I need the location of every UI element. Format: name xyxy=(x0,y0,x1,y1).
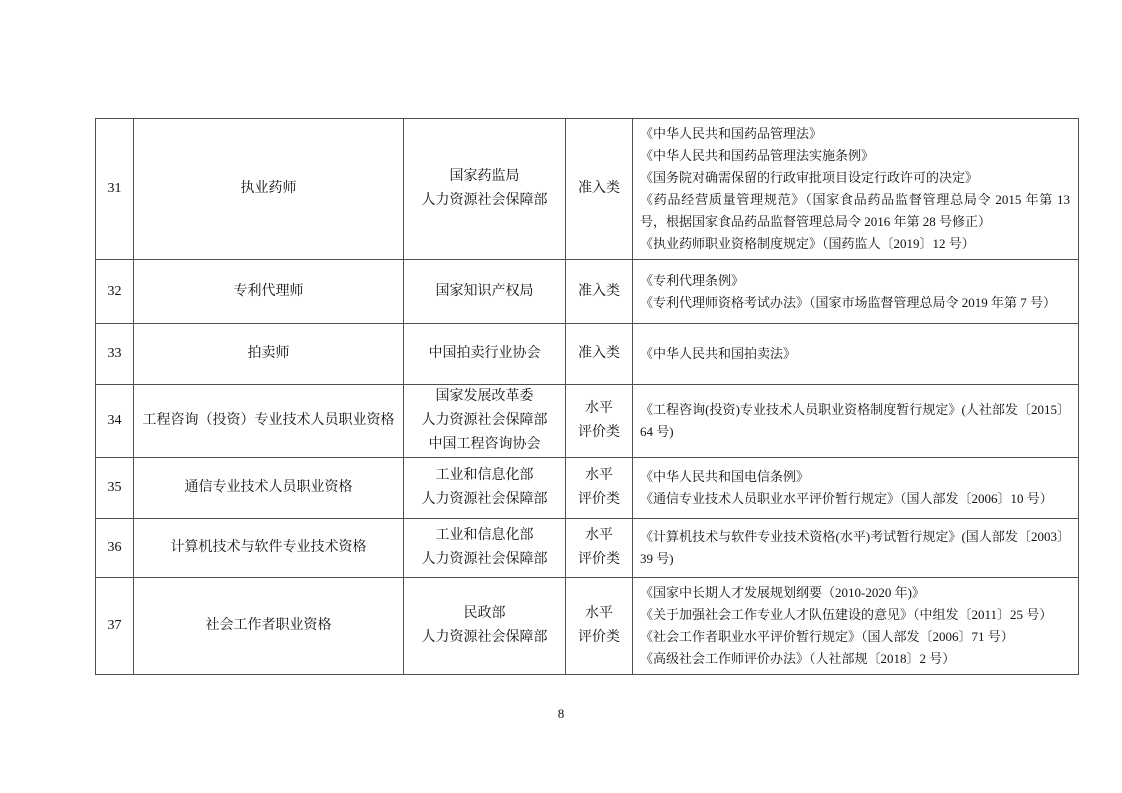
basis-line: 《中华人民共和国拍卖法》 xyxy=(640,343,1070,365)
basis-line: 《中华人民共和国药品管理法实施条例》 xyxy=(640,145,1070,167)
table-row: 34 工程咨询（投资）专业技术人员职业资格 国家发展改革委人力资源社会保障部中国… xyxy=(96,385,1079,458)
row-dept-cell: 民政部人力资源社会保障部 xyxy=(404,578,566,675)
row-basis-cell: 《中华人民共和国电信条例》《通信专业技术人员职业水平评价暂行规定》（国人部发〔2… xyxy=(633,458,1079,519)
row-category-cell: 水平评价类 xyxy=(566,578,633,675)
row-dept-cell: 工业和信息化部人力资源社会保障部 xyxy=(404,519,566,578)
category-line: 评价类 xyxy=(566,488,632,512)
basis-line: 《专利代理条例》 xyxy=(640,270,1070,292)
table-row: 31 执业药师 国家药监局人力资源社会保障部 准入类 《中华人民共和国药品管理法… xyxy=(96,119,1079,260)
qualification-name: 工程咨询（投资）专业技术人员职业资格 xyxy=(134,410,403,432)
document-page: 31 执业药师 国家药监局人力资源社会保障部 准入类 《中华人民共和国药品管理法… xyxy=(0,0,1122,793)
page-number: 8 xyxy=(0,706,1122,722)
qualification-name: 专利代理师 xyxy=(134,281,403,303)
table-row: 33 拍卖师 中国拍卖行业协会 准入类 《中华人民共和国拍卖法》 xyxy=(96,324,1079,385)
category-line: 水平 xyxy=(566,397,632,421)
row-seq-cell: 34 xyxy=(96,385,134,458)
basis-line: 《通信专业技术人员职业水平评价暂行规定》（国人部发〔2006〕10 号） xyxy=(640,488,1070,510)
qualification-name: 计算机技术与软件专业技术资格 xyxy=(134,537,403,559)
department-line: 工业和信息化部 xyxy=(404,464,565,488)
department-line: 人力资源社会保障部 xyxy=(404,626,565,650)
row-dept-cell: 国家药监局人力资源社会保障部 xyxy=(404,119,566,260)
department-line: 人力资源社会保障部 xyxy=(404,488,565,512)
row-category-cell: 水平评价类 xyxy=(566,519,633,578)
category-line: 评价类 xyxy=(566,421,632,445)
basis-line: 《专利代理师资格考试办法》（国家市场监督管理总局令 2019 年第 7 号） xyxy=(640,292,1070,314)
row-basis-cell: 《国家中长期人才发展规划纲要（2010-2020 年)》《关于加强社会工作专业人… xyxy=(633,578,1079,675)
basis-line: 《执业药师职业资格制度规定》（国药监人〔2019〕12 号） xyxy=(640,233,1070,255)
basis-line: 《中华人民共和国电信条例》 xyxy=(640,466,1070,488)
row-name-cell: 社会工作者职业资格 xyxy=(134,578,404,675)
basis-line: 《计算机技术与软件专业技术资格(水平)考试暂行规定》(国人部发〔2003〕39 … xyxy=(640,526,1070,570)
row-name-cell: 工程咨询（投资）专业技术人员职业资格 xyxy=(134,385,404,458)
qualification-table: 31 执业药师 国家药监局人力资源社会保障部 准入类 《中华人民共和国药品管理法… xyxy=(95,118,1079,675)
table-row: 37 社会工作者职业资格 民政部人力资源社会保障部 水平评价类 《国家中长期人才… xyxy=(96,578,1079,675)
qualification-name: 执业药师 xyxy=(134,178,403,200)
row-category-cell: 准入类 xyxy=(566,260,633,324)
department-line: 人力资源社会保障部 xyxy=(404,409,565,433)
department-line: 中国拍卖行业协会 xyxy=(404,342,565,366)
category-line: 准入类 xyxy=(566,177,632,201)
row-name-cell: 专利代理师 xyxy=(134,260,404,324)
row-name-cell: 计算机技术与软件专业技术资格 xyxy=(134,519,404,578)
row-basis-cell: 《工程咨询(投资)专业技术人员职业资格制度暂行规定》(人社部发〔2015〕64 … xyxy=(633,385,1079,458)
basis-line: 《药品经营质量管理规范》（国家食品药品监督管理总局令 2015 年第 13 号，… xyxy=(640,189,1070,233)
row-dept-cell: 国家发展改革委人力资源社会保障部中国工程咨询协会 xyxy=(404,385,566,458)
basis-line: 《国务院对确需保留的行政审批项目设定行政许可的决定》 xyxy=(640,167,1070,189)
category-line: 水平 xyxy=(566,524,632,548)
department-line: 国家知识产权局 xyxy=(404,280,565,304)
department-line: 中国工程咨询协会 xyxy=(404,433,565,457)
row-seq-cell: 37 xyxy=(96,578,134,675)
department-line: 人力资源社会保障部 xyxy=(404,189,565,213)
row-basis-cell: 《专利代理条例》《专利代理师资格考试办法》（国家市场监督管理总局令 2019 年… xyxy=(633,260,1079,324)
row-category-cell: 水平评价类 xyxy=(566,458,633,519)
category-line: 准入类 xyxy=(566,280,632,304)
row-seq-cell: 36 xyxy=(96,519,134,578)
row-seq-cell: 31 xyxy=(96,119,134,260)
department-line: 人力资源社会保障部 xyxy=(404,548,565,572)
category-line: 评价类 xyxy=(566,548,632,572)
row-name-cell: 执业药师 xyxy=(134,119,404,260)
department-line: 工业和信息化部 xyxy=(404,524,565,548)
department-line: 国家药监局 xyxy=(404,165,565,189)
category-line: 评价类 xyxy=(566,626,632,650)
row-name-cell: 拍卖师 xyxy=(134,324,404,385)
row-dept-cell: 中国拍卖行业协会 xyxy=(404,324,566,385)
qualification-name: 通信专业技术人员职业资格 xyxy=(134,477,403,499)
qualification-name: 社会工作者职业资格 xyxy=(134,615,403,637)
row-category-cell: 准入类 xyxy=(566,324,633,385)
row-basis-cell: 《计算机技术与软件专业技术资格(水平)考试暂行规定》(国人部发〔2003〕39 … xyxy=(633,519,1079,578)
basis-line: 《关于加强社会工作专业人才队伍建设的意见》（中组发〔2011〕25 号） xyxy=(640,604,1070,626)
row-dept-cell: 国家知识产权局 xyxy=(404,260,566,324)
row-name-cell: 通信专业技术人员职业资格 xyxy=(134,458,404,519)
category-line: 准入类 xyxy=(566,342,632,366)
category-line: 水平 xyxy=(566,602,632,626)
row-basis-cell: 《中华人民共和国药品管理法》《中华人民共和国药品管理法实施条例》《国务院对确需保… xyxy=(633,119,1079,260)
basis-line: 《高级社会工作师评价办法》（人社部规〔2018〕2 号） xyxy=(640,648,1070,670)
qualification-name: 拍卖师 xyxy=(134,343,403,365)
basis-line: 《中华人民共和国药品管理法》 xyxy=(640,123,1070,145)
category-line: 水平 xyxy=(566,464,632,488)
basis-line: 《社会工作者职业水平评价暂行规定》（国人部发〔2006〕71 号） xyxy=(640,626,1070,648)
row-category-cell: 水平评价类 xyxy=(566,385,633,458)
row-seq-cell: 33 xyxy=(96,324,134,385)
row-seq-cell: 32 xyxy=(96,260,134,324)
row-basis-cell: 《中华人民共和国拍卖法》 xyxy=(633,324,1079,385)
table-row: 36 计算机技术与软件专业技术资格 工业和信息化部人力资源社会保障部 水平评价类… xyxy=(96,519,1079,578)
row-category-cell: 准入类 xyxy=(566,119,633,260)
department-line: 民政部 xyxy=(404,602,565,626)
basis-line: 《国家中长期人才发展规划纲要（2010-2020 年)》 xyxy=(640,582,1070,604)
table-row: 35 通信专业技术人员职业资格 工业和信息化部人力资源社会保障部 水平评价类 《… xyxy=(96,458,1079,519)
basis-line: 《工程咨询(投资)专业技术人员职业资格制度暂行规定》(人社部发〔2015〕64 … xyxy=(640,399,1070,443)
row-dept-cell: 工业和信息化部人力资源社会保障部 xyxy=(404,458,566,519)
row-seq-cell: 35 xyxy=(96,458,134,519)
department-line: 国家发展改革委 xyxy=(404,385,565,409)
table-row: 32 专利代理师 国家知识产权局 准入类 《专利代理条例》《专利代理师资格考试办… xyxy=(96,260,1079,324)
